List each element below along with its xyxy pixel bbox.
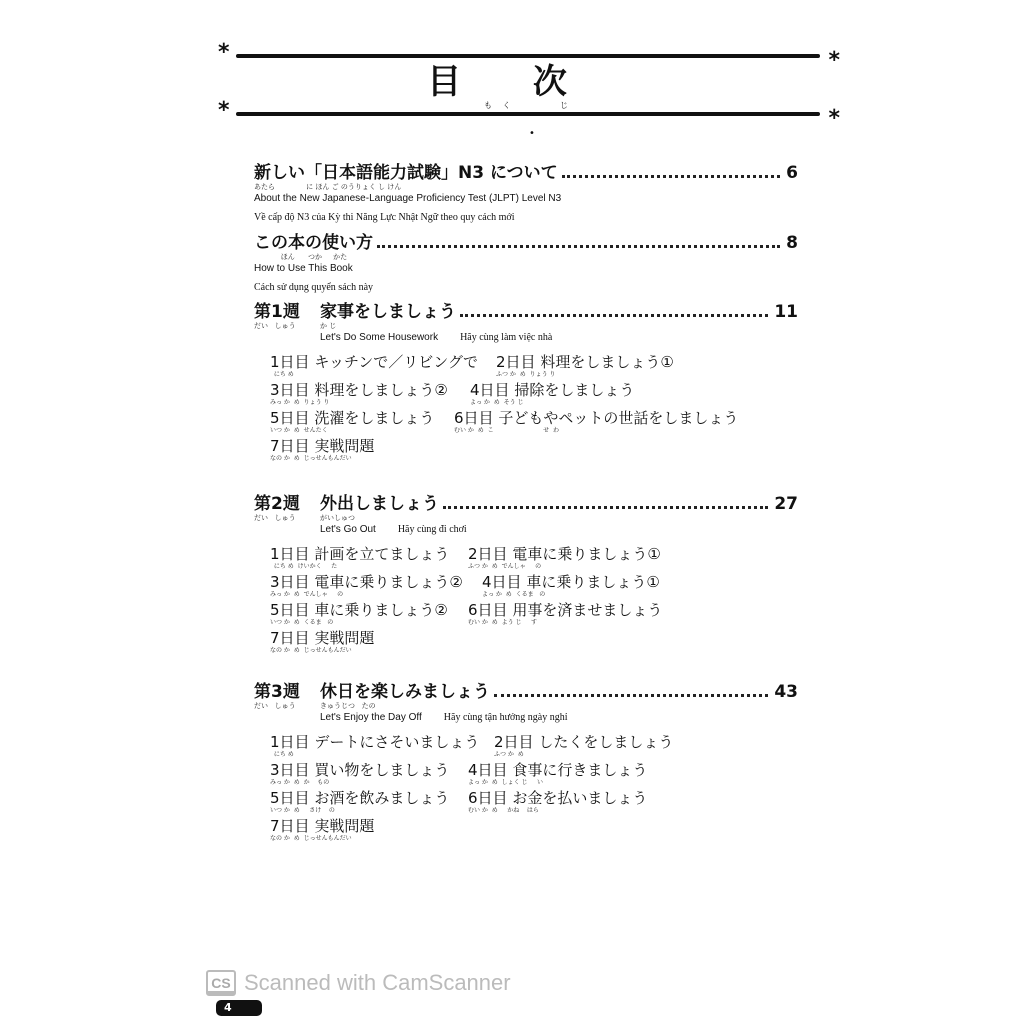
page-title: 目 次 (0, 62, 1024, 102)
day-title: 掃除をしましょう (514, 381, 634, 399)
day-label: 5日目 (270, 789, 310, 807)
week-1-days: 1日目 キッチンで／リビングで にち め 2日目 料理をしましょう① ふつ か … (270, 354, 738, 466)
day-ruby: いつ か め (270, 427, 300, 434)
day-label: 3日目 (270, 381, 310, 399)
entry-english: Let's Go Out (320, 523, 376, 537)
title-ruby: しょく じ い (502, 779, 543, 786)
day-title: したくをしましょう (538, 733, 673, 751)
day-ruby: にち め (270, 751, 294, 758)
camscanner-logo-icon: CS (206, 970, 236, 996)
day-label: 1日目 (270, 545, 310, 563)
entry-ruby: ほん つか かた (254, 253, 798, 262)
day-ruby: なの か め (270, 647, 300, 654)
day-ruby: いつ か め (270, 619, 300, 626)
day-title: デートにさそいましょう (314, 733, 479, 751)
title-ruby: でんしゃ の (502, 563, 542, 570)
title-ruby: りょう り (304, 399, 330, 406)
day-item[interactable]: 4日目 食事に行きましょう よっ か め しょく じ い (468, 762, 647, 790)
day-ruby: よっ か め (470, 399, 500, 406)
day-title: 子どもやペットの世話をしましょう (498, 409, 738, 427)
dot-leader (460, 313, 768, 317)
page-number: 8 (786, 233, 798, 253)
day-title: 買い物をしましょう (314, 761, 449, 779)
day-title: 洗濯をしましょう (314, 409, 434, 427)
entry-title: 新しい「日本語能力試験」N3 について (254, 163, 558, 183)
day-item[interactable]: 7日目 実戦問題 なの か め じっせんもんだい (270, 630, 374, 658)
day-label: 1日目 (270, 733, 310, 751)
day-item[interactable]: 6日目 用事を済ませましょう むい か め よう じ す (468, 602, 662, 630)
dot-leader (494, 693, 768, 697)
asterisk-icon: * (218, 100, 230, 122)
title-ruby: でんしゃ の (304, 591, 344, 598)
day-ruby: むい か め (468, 619, 498, 626)
day-label: 5日目 (270, 409, 310, 427)
day-label: 6日目 (468, 789, 508, 807)
day-item[interactable]: 7日目 実戦問題 なの か め じっせんもんだい (270, 438, 374, 466)
week-ruby: だい しゅう (254, 702, 320, 711)
title-ruby: かね はら (502, 807, 539, 814)
title-ruby: せんたく (304, 427, 328, 434)
entry-ruby: か じ (320, 322, 336, 331)
day-ruby: ふつ か め (496, 371, 526, 378)
page-number: 6 (786, 163, 798, 183)
day-item[interactable]: 5日目 お酒を飲みましょう いつ か め さけ の (270, 790, 468, 818)
day-label: 7日目 (270, 437, 310, 455)
day-label: 5日目 (270, 601, 310, 619)
entry-title: この本の使い方 (254, 233, 373, 253)
day-label: 4日目 (468, 761, 508, 779)
entry-english: About the New Japanese-Language Proficie… (254, 192, 798, 206)
day-item[interactable]: 2日目 料理をしましょう① ふつ か め りょう り (496, 354, 674, 382)
week-ruby: だい しゅう (254, 514, 320, 523)
day-item[interactable]: 3日目 料理をしましょう② みっ か め りょう り (270, 382, 470, 410)
day-item[interactable]: 1日目 デートにさそいましょう にち め (270, 734, 494, 762)
title-ruby: そう じ (504, 399, 524, 406)
entry-title: 休日を楽しみましょう (320, 682, 490, 702)
page-number: 27 (774, 494, 798, 514)
decorative-dot: • (529, 128, 535, 139)
toc-entry-how-to-use[interactable]: この本の使い方 8 ほん つか かた How to Use This Book … (254, 233, 798, 296)
day-title: 用事を済ませましょう (512, 601, 662, 619)
day-item[interactable]: 6日目 子どもやペットの世話をしましょう むい か め こ せ わ (454, 410, 738, 438)
day-ruby: いつ か め (270, 807, 300, 814)
day-ruby: にち め (270, 371, 294, 378)
day-item[interactable]: 6日目 お金を払いましょう むい か め かね はら (468, 790, 647, 818)
title-ruby: こ せ わ (488, 427, 559, 434)
toc-entry-week-3[interactable]: 第3週 休日を楽しみましょう 43 だい しゅう きゅうじつ たの Let's … (254, 682, 798, 725)
page-number-badge: 4 (216, 1000, 262, 1016)
camscanner-watermark: CS Scanned with CamScanner (206, 970, 511, 996)
asterisk-icon: * (828, 108, 840, 130)
entry-ruby: きゅうじつ たの (320, 702, 376, 711)
week-label: 第1週 (254, 302, 320, 322)
day-label: 7日目 (270, 817, 310, 835)
day-ruby: よっ か め (482, 591, 512, 598)
day-title: お金を払いましょう (512, 789, 647, 807)
toc-entry-about-jlpt[interactable]: 新しい「日本語能力試験」N3 について 6 あたら に ほん ご のうりょく し… (254, 163, 798, 226)
day-ruby: みっ か め (270, 399, 300, 406)
entry-vietnamese: Hãy cùng làm việc nhà (460, 331, 552, 345)
toc-entry-week-2[interactable]: 第2週 外出しましょう 27 だい しゅう がいしゅつ Let's Go Out… (254, 494, 798, 537)
week-label: 第3週 (254, 682, 320, 702)
title-ruby: じっせんもんだい (304, 455, 352, 462)
day-item[interactable]: 3日目 買い物をしましょう みっ か め か もの (270, 762, 468, 790)
day-ruby: なの か め (270, 835, 300, 842)
toc-entry-week-1[interactable]: 第1週 家事をしましょう 11 だい しゅう か じ Let's Do Some… (254, 302, 798, 345)
day-title: 車に乗りましょう① (526, 573, 659, 591)
entry-vietnamese: Cách sử dụng quyển sách này (254, 280, 798, 296)
day-ruby: よっ か め (468, 779, 498, 786)
entry-vietnamese: Về cấp độ N3 của Kỳ thi Năng Lực Nhật Ng… (254, 210, 798, 226)
title-ruby: けいかく た (298, 563, 338, 570)
day-label: 6日目 (454, 409, 494, 427)
day-item[interactable]: 5日目 洗濯をしましょう いつ か め せんたく (270, 410, 454, 438)
entry-english: How to Use This Book (254, 262, 798, 276)
entry-vietnamese: Hãy cùng tận hưởng ngày nghỉ (444, 711, 568, 725)
day-item[interactable]: 2日目 したくをしましょう ふつ か め (494, 734, 673, 762)
title-ruby: じっせんもんだい (304, 835, 352, 842)
title-ruby: じっせんもんだい (304, 647, 352, 654)
title-ruby: よう じ す (502, 619, 537, 626)
divider (236, 112, 820, 116)
day-label: 7日目 (270, 629, 310, 647)
day-ruby: なの か め (270, 455, 300, 462)
title-ruby: りょう り (530, 371, 556, 378)
day-label: 6日目 (468, 601, 508, 619)
day-label: 2日目 (468, 545, 508, 563)
week-label: 第2週 (254, 494, 320, 514)
day-title: 車に乗りましょう② (314, 601, 447, 619)
entry-ruby: あたら に ほん ご のうりょく し けん (254, 183, 798, 192)
day-ruby: むい か め (454, 427, 484, 434)
week-2-days: 1日目 計画を立てましょう にち め けいかく た 2日目 電車に乗りましょう①… (270, 546, 662, 658)
entry-english: Let's Do Some Housework (320, 331, 438, 345)
week-3-days: 1日目 デートにさそいましょう にち め 2日目 したくをしましょう ふつ か … (270, 734, 673, 846)
day-ruby: ふつ か め (494, 751, 524, 758)
entry-english: Let's Enjoy the Day Off (320, 711, 422, 725)
entry-title: 外出しましょう (320, 494, 439, 514)
day-item[interactable]: 7日目 実戦問題 なの か め じっせんもんだい (270, 818, 374, 846)
week-ruby: だい しゅう (254, 322, 320, 331)
day-item[interactable]: 2日目 電車に乗りましょう① ふつ か め でんしゃ の (468, 546, 661, 574)
dot-leader (562, 174, 781, 178)
divider (236, 54, 820, 58)
day-ruby: にち め (270, 563, 294, 570)
day-label: 4日目 (482, 573, 522, 591)
title-ruby: か もの (304, 779, 330, 786)
day-title: 実戦問題 (314, 437, 374, 455)
day-title: 料理をしましょう② (314, 381, 447, 399)
day-title: お酒を飲みましょう (314, 789, 449, 807)
title-ruby: くるま の (516, 591, 546, 598)
entry-title: 家事をしましょう (320, 302, 456, 322)
day-item[interactable]: 3日目 電車に乗りましょう② みっ か め でんしゃ の (270, 574, 482, 602)
day-label: 3日目 (270, 573, 310, 591)
day-ruby: ふつ か め (468, 563, 498, 570)
day-label: 1日目 (270, 353, 310, 371)
day-title: 食事に行きましょう (512, 761, 647, 779)
day-title: キッチンで／リビングで (314, 353, 478, 371)
day-title: 電車に乗りましょう② (314, 573, 462, 591)
day-title: 計画を立てましょう (314, 545, 449, 563)
dot-leader (377, 244, 780, 248)
day-item[interactable]: 4日目 車に乗りましょう① よっ か め くるま の (482, 574, 660, 602)
entry-vietnamese: Hãy cùng đi chơi (398, 523, 467, 537)
day-title: 電車に乗りましょう① (512, 545, 660, 563)
bottom-rule: * * (222, 106, 834, 122)
watermark-text: Scanned with CamScanner (244, 970, 511, 996)
day-item[interactable]: 1日目 計画を立てましょう にち め けいかく た (270, 546, 468, 574)
page-number: 43 (774, 682, 798, 702)
day-item[interactable]: 5日目 車に乗りましょう② いつ か め くるま の (270, 602, 468, 630)
day-label: 2日目 (494, 733, 534, 751)
day-ruby: みっ か め (270, 779, 300, 786)
title-ruby: さけ の (304, 807, 335, 814)
dot-leader (443, 505, 768, 509)
page-number: 11 (774, 302, 798, 322)
title-ruby: くるま の (304, 619, 334, 626)
day-item[interactable]: 4日目 掃除をしましょう よっ か め そう じ (470, 382, 634, 410)
asterisk-icon: * (218, 42, 230, 64)
day-ruby: みっ か め (270, 591, 300, 598)
day-label: 2日目 (496, 353, 536, 371)
day-item[interactable]: 1日目 キッチンで／リビングで にち め (270, 354, 496, 382)
day-label: 3日目 (270, 761, 310, 779)
day-label: 4日目 (470, 381, 510, 399)
day-title: 料理をしましょう① (540, 353, 673, 371)
day-ruby: むい か め (468, 807, 498, 814)
entry-ruby: がいしゅつ (320, 514, 355, 523)
day-title: 実戦問題 (314, 817, 374, 835)
day-title: 実戦問題 (314, 629, 374, 647)
